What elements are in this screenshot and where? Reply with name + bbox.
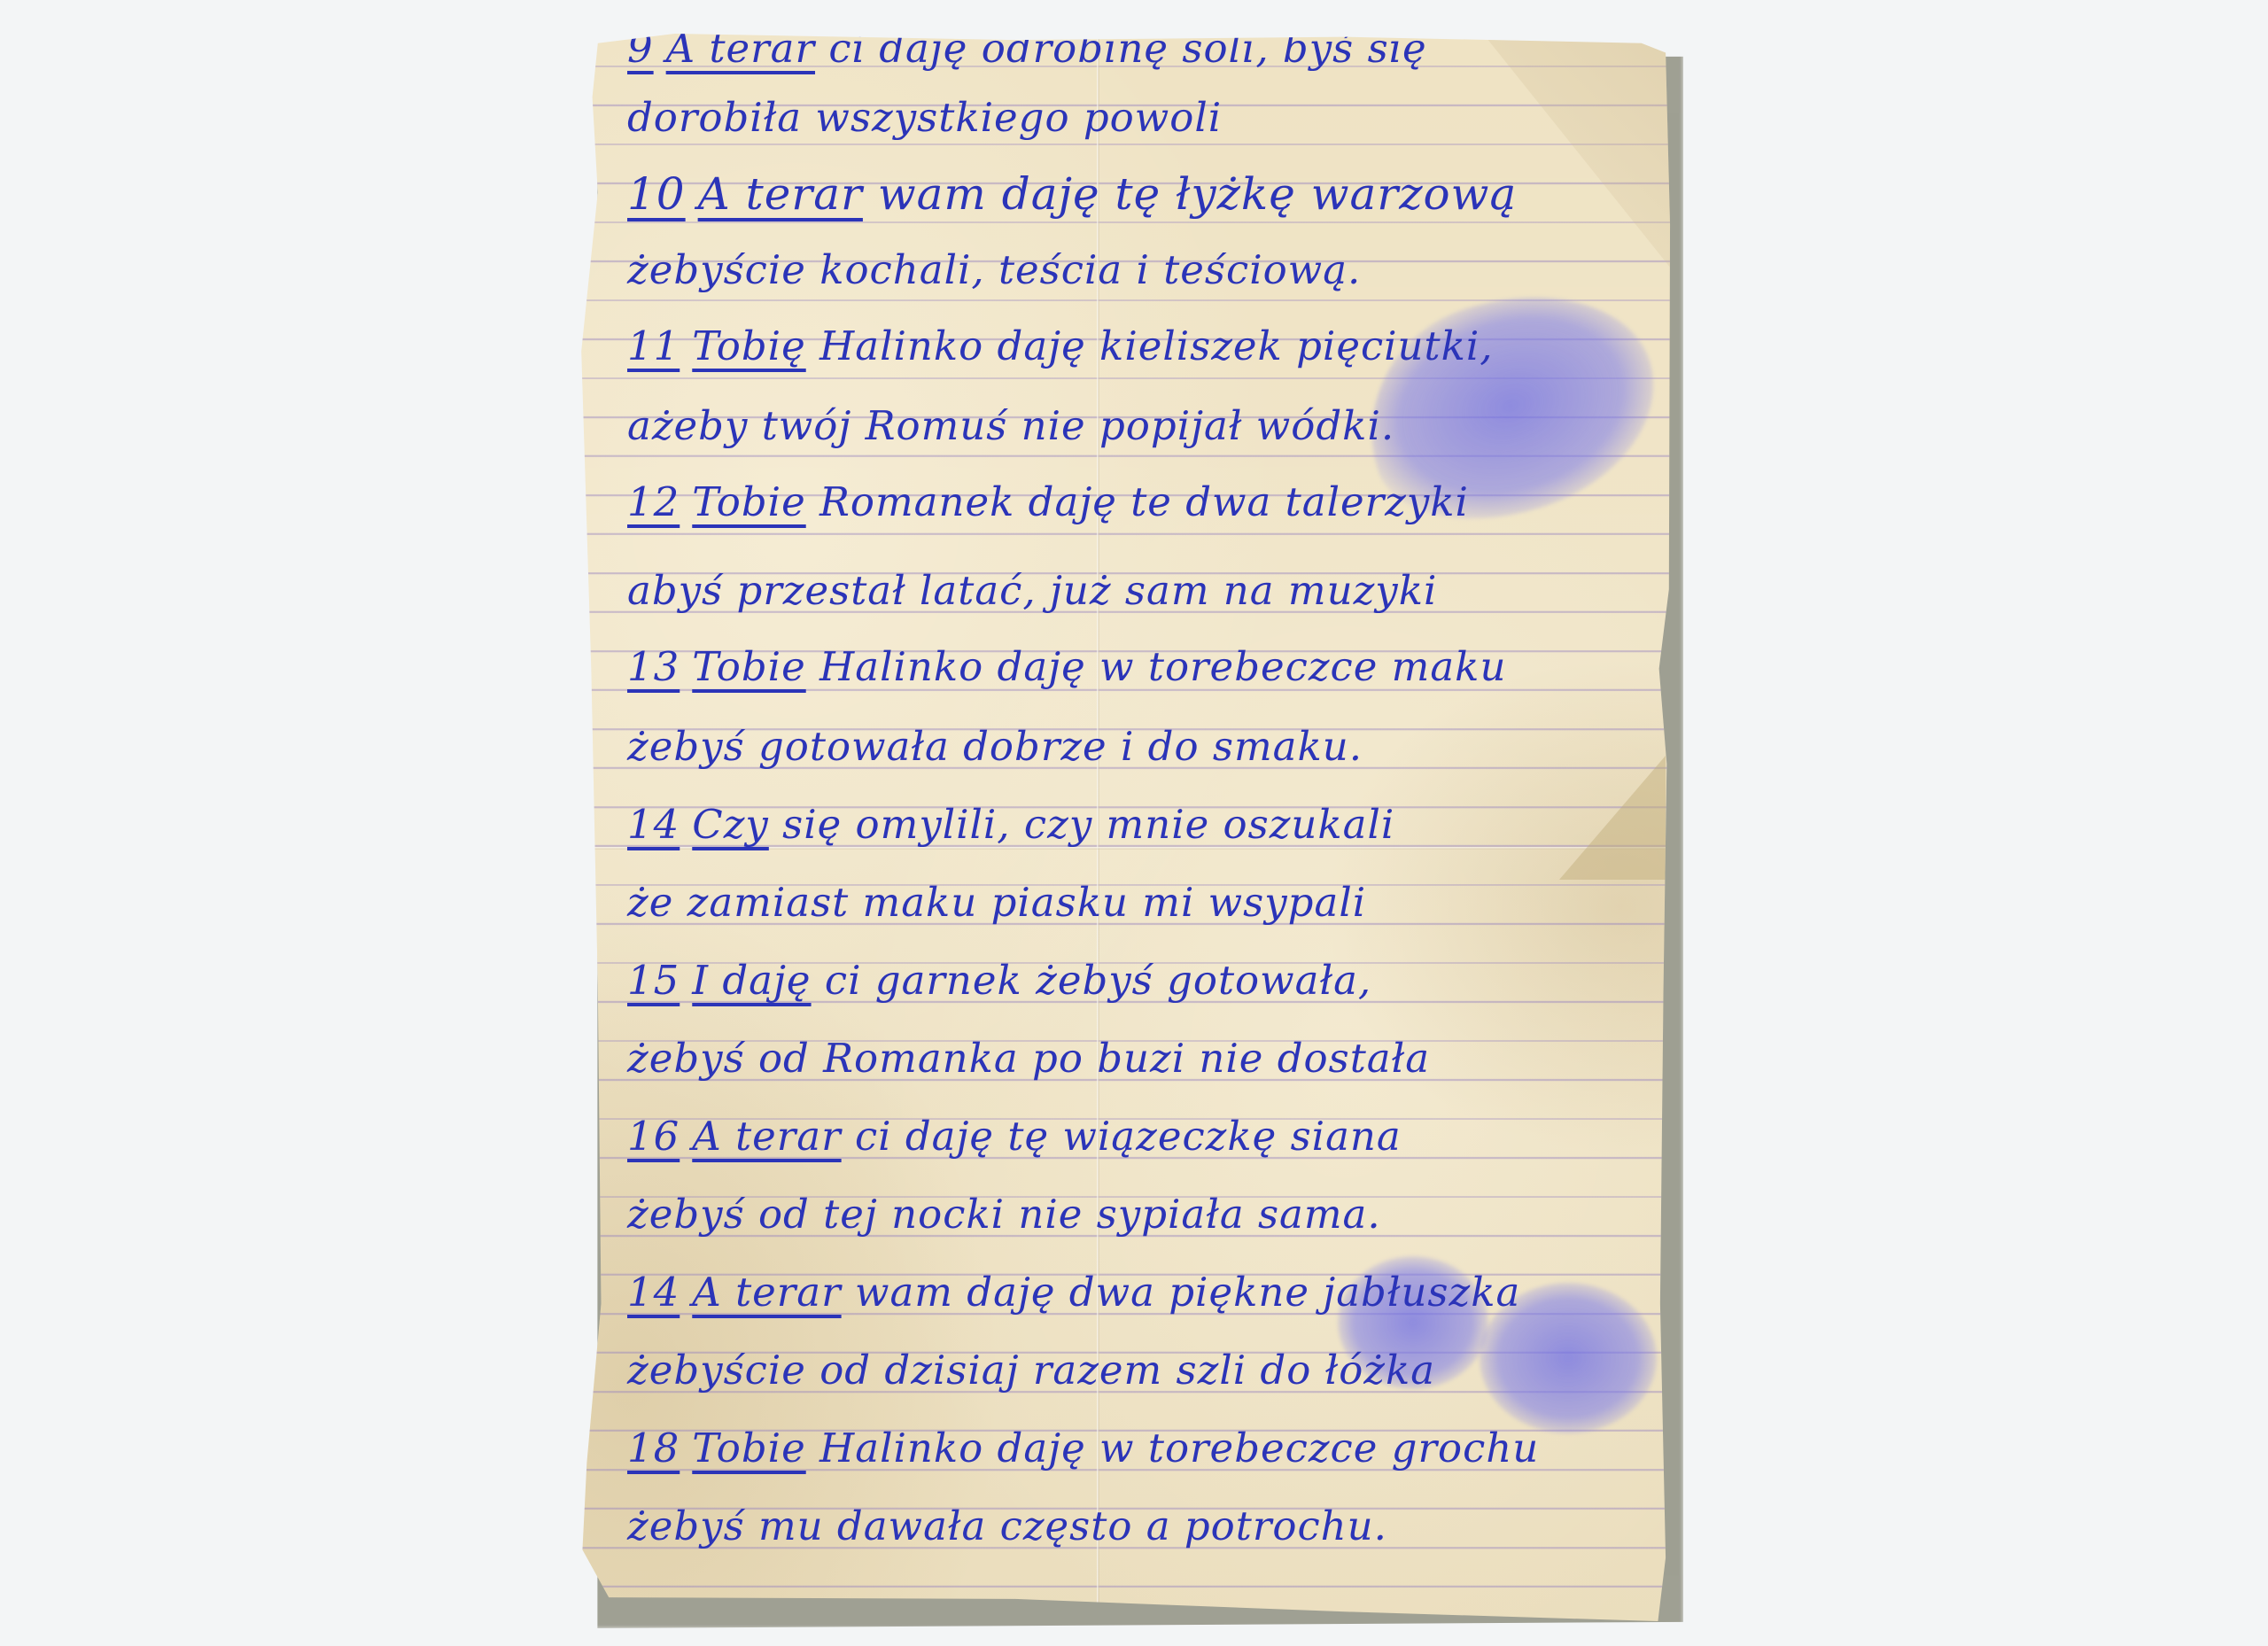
verse-lead: A terar <box>692 1269 841 1316</box>
verse-16-line-2: żebyś od tej nocki nie sypiała sama. <box>627 1194 1381 1234</box>
verse-text: się omylili, czy mnie oszukali <box>769 801 1394 848</box>
verse-text: żebyś od Romanka po buzi nie dostała <box>627 1035 1430 1082</box>
scanned-document: 9A terar ci daję odrobinę soli, byś się … <box>0 0 2268 1646</box>
verse-13-line-1: 13Tobie Halinko daję w torebeczce maku <box>627 647 1506 687</box>
paper-sheet: 9A terar ci daję odrobinę soli, byś się … <box>576 34 1674 1621</box>
verse-text: dorobiła wszystkiego powoli <box>627 94 1222 141</box>
verse-lead: Czy <box>692 801 769 848</box>
verse-text: żebyście kochali, teścia i teściową. <box>627 246 1361 293</box>
verse-text: żebyście od dzisiaj razem szli do łóżka <box>627 1347 1435 1394</box>
verse-number: 9 <box>627 34 654 68</box>
verse-text: wam daję dwa piękne jabłuszka <box>842 1269 1521 1316</box>
verse-text: żebyś od tej nocki nie sypiała sama. <box>627 1191 1381 1238</box>
verse-11-line-1: 11Tobię Halinko daję kieliszek pięciutki… <box>627 326 1494 366</box>
verse-10-line-1: 10A terar wam daję tę łyżkę warzową <box>627 172 1517 216</box>
verse-lead: Tobie <box>692 1425 805 1471</box>
verse-lead: Tobie <box>692 643 805 690</box>
verse-14-line-2: że zamiast maku piasku mi wsypali <box>627 882 1366 922</box>
verse-text: Halinko daję w torebeczce grochu <box>806 1425 1540 1471</box>
verse-17-line-1: 14A terar wam daję dwa piękne jabłuszka <box>627 1272 1520 1312</box>
verse-text: ci daję tę wiązeczkę siana <box>842 1113 1402 1160</box>
verse-text: ażeby twój Romuś nie popijał wódki. <box>627 402 1394 449</box>
verse-lead: I daję <box>692 957 811 1004</box>
verse-18-line-2: żebyś mu dawała często a potrochu. <box>627 1506 1387 1546</box>
verse-lead: Tobie <box>692 478 805 525</box>
verse-number: 13 <box>627 647 680 687</box>
verse-number: 14 <box>627 804 680 844</box>
verse-text: abyś przestał latać, już sam na muzyki <box>627 567 1437 614</box>
verse-16-line-1: 16A terar ci daję tę wiązeczkę siana <box>627 1116 1402 1156</box>
verse-17-line-2: żebyście od dzisiaj razem szli do łóżka <box>627 1350 1435 1390</box>
verse-10-line-2: żebyście kochali, teścia i teściową. <box>627 250 1361 290</box>
verse-text: Romanek daję te dwa talerzyki <box>806 478 1469 525</box>
verse-text: wam daję tę łyżkę warzową <box>863 168 1517 220</box>
verse-number: 14 <box>627 1272 680 1312</box>
verse-12-line-1: 12Tobie Romanek daję te dwa talerzyki <box>627 482 1469 522</box>
verse-9-line-2: dorobiła wszystkiego powoli <box>627 97 1222 137</box>
verse-number: 15 <box>627 960 680 1000</box>
verse-lead: A terar <box>666 34 815 72</box>
verse-number: 16 <box>627 1116 680 1156</box>
verse-lead: A terar <box>698 168 863 220</box>
verse-text: że zamiast maku piasku mi wsypali <box>627 879 1366 926</box>
verse-lead: Tobię <box>692 322 805 369</box>
verse-text: Halinko daję w torebeczce maku <box>806 643 1507 690</box>
verse-number: 12 <box>627 482 680 522</box>
verse-text: ci daję odrobinę soli, byś się <box>815 34 1427 72</box>
verse-11-line-2: ażeby twój Romuś nie popijał wódki. <box>627 406 1394 446</box>
verse-number: 18 <box>627 1428 680 1468</box>
verse-number: 10 <box>627 172 686 216</box>
verse-15-line-2: żebyś od Romanka po buzi nie dostała <box>627 1038 1430 1078</box>
verse-number: 11 <box>627 326 680 366</box>
verse-13-line-2: żebyś gotowała dobrze i do smaku. <box>627 726 1363 766</box>
verse-9-line-1: 9A terar ci daję odrobinę soli, byś się <box>627 34 1427 68</box>
verse-15-line-1: 15I daję ci garnek żebyś gotowała, <box>627 960 1371 1000</box>
verse-text: Halinko daję kieliszek pięciutki, <box>806 322 1494 369</box>
verse-lead: A terar <box>692 1113 841 1160</box>
verse-18-line-1: 18Tobie Halinko daję w torebeczce grochu <box>627 1428 1539 1468</box>
verse-text: żebyś gotowała dobrze i do smaku. <box>627 723 1363 770</box>
verse-text: ci garnek żebyś gotowała, <box>812 957 1372 1004</box>
verse-12-line-2: abyś przestał latać, już sam na muzyki <box>627 571 1437 610</box>
verse-text: żebyś mu dawała często a potrochu. <box>627 1502 1387 1549</box>
verse-14-line-1: 14Czy się omylili, czy mnie oszukali <box>627 804 1394 844</box>
